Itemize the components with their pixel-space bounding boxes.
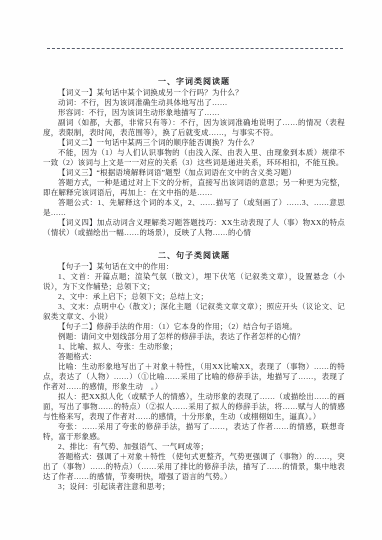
paragraph: 答题方式，一种是通过对上下文的分析，直接写出该词语的意思；另一种更为完整，即在解… <box>43 178 345 198</box>
section-title-1: 一、字词类阅读题 <box>43 77 345 87</box>
paragraph: 形容词：不行，因为该词生动形象地描写了…… <box>43 108 345 118</box>
paragraph: 2、排比：有气势、加强语气、一气呵成等； <box>43 442 345 452</box>
paragraph: 【词义四】加点动词含义理解类习题答题技巧：XX生动表现了人（事）物XX的特点（情… <box>43 218 345 238</box>
paragraph: 答题格式：强调了＋对象＋特性 （使句式更整齐，气势更强调了（事物）的……，突出了… <box>43 452 345 482</box>
paragraph: 1、文首：开篇点题；渲染气氛（散文），埋下伏笔（记叙类文章），设置悬念（小说），… <box>43 272 345 292</box>
paragraph: 不能，因为（1）与人们认识事物的（由浅入深、由表入里、由现象到本质）规律不一致（… <box>43 148 345 168</box>
paragraph: 动词：不行，因为该词准确生动具体地写出了…… <box>43 98 345 108</box>
paragraph: 1、比喻、拟人、夸张：生动形象； <box>43 342 345 352</box>
paragraph: 例题：请问文中划线部分用了怎样的修辞手法，表达了作者怎样的心情？ <box>43 332 345 342</box>
paragraph: 【词义二】一句话中某两三个词的顺序能否调换？为什么？ <box>43 138 345 148</box>
paragraph: 副词（如都，大都，非常只有等）：不行，因为该词准确地说明了……的情况（表程度，表… <box>43 118 345 138</box>
paragraph: 答题公式：1、先解释这个词的本义，2、……描写了（或刻画了）……3、……意思是…… <box>43 198 345 218</box>
paragraph: 答题格式： <box>43 352 345 362</box>
section-sentence-reading: 二、句子类阅读题 【句子一】某句话在文中的作用： 1、文首：开篇点题；渲染气氛（… <box>43 251 345 492</box>
document-page: 一、字词类阅读题 【词义一】某句话中某个词换成另一个行吗？为什么？ 动词：不行，… <box>0 0 382 540</box>
section-2-body: 【句子一】某句话在文中的作用： 1、文首：开篇点题；渲染气氛（散文），埋下伏笔（… <box>43 262 345 492</box>
paragraph: 夸张：……采用了夸张的修辞手法，描写了……，表达了作者……的情感，联想奇特，富于… <box>43 422 345 442</box>
section-word-reading: 一、字词类阅读题 【词义一】某句话中某个词换成另一个行吗？为什么？ 动词：不行，… <box>43 77 345 238</box>
paragraph: 3、文末：点明中心（散文）；深化主题（记叙类文章文章）；照应开头（议论文、记叙类… <box>43 302 345 322</box>
paragraph: 【句子一】某句话在文中的作用： <box>43 262 345 272</box>
paragraph: 比喻：生动形象地写出了＋对象＋特性，（用XX比喻XX，表现了（事物）……的特点，… <box>43 362 345 392</box>
section-1-body: 【词义一】某句话中某个词换成另一个行吗？为什么？ 动词：不行，因为该词准确生动具… <box>43 88 345 238</box>
paragraph: 【词义一】某句话中某个词换成另一个行吗？为什么？ <box>43 88 345 98</box>
section-title-2: 二、句子类阅读题 <box>43 251 345 261</box>
paragraph: 3；设问：引起读者注意和思考； <box>43 482 345 492</box>
dashed-separator <box>47 48 343 49</box>
paragraph: 2、文中：承上启下；总领下文；总结上文； <box>43 292 345 302</box>
paragraph: 【句子二】修辞手法的作用：（1）它本身的作用；（2）结合句子语境。 <box>43 322 345 332</box>
paragraph: 拟人：把XX拟人化（或赋予人的情感），生动形象的表现了……（或描绘出……的画面，… <box>43 392 345 422</box>
paragraph: 【词义三】“根据语境解释词语”题型（加点词语在文中的含义类习题） <box>43 168 345 178</box>
